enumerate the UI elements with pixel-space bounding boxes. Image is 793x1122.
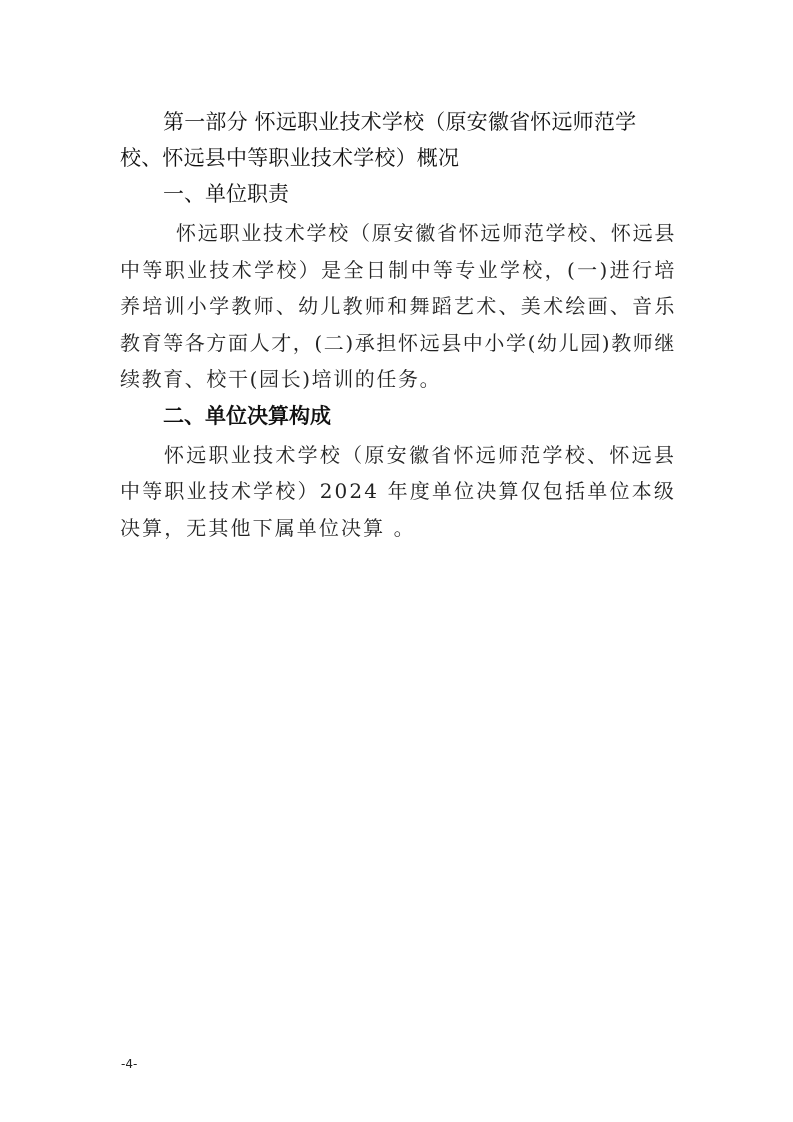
document-page: 第一部分 怀远职业技术学校（原安徽省怀远师范学校、怀远县中等职业技术学校）概况 … [120,104,676,546]
section-heading-composition: 二、单位决算构成 [120,398,676,434]
section-paragraph-composition: 怀远职业技术学校（原安徽省怀远师范学校、怀远县中等职业技术学校）2024 年度单… [120,437,676,547]
section-heading-duties: 一、单位职责 [120,176,676,212]
page-number: -4- [121,1057,137,1071]
part-title: 第一部分 怀远职业技术学校（原安徽省怀远师范学校、怀远县中等职业技术学校）概况 [120,104,676,176]
section-paragraph-duties: 怀远职业技术学校（原安徽省怀远师范学校、怀远县中等职业技术学校）是全日制中等专业… [120,215,676,398]
